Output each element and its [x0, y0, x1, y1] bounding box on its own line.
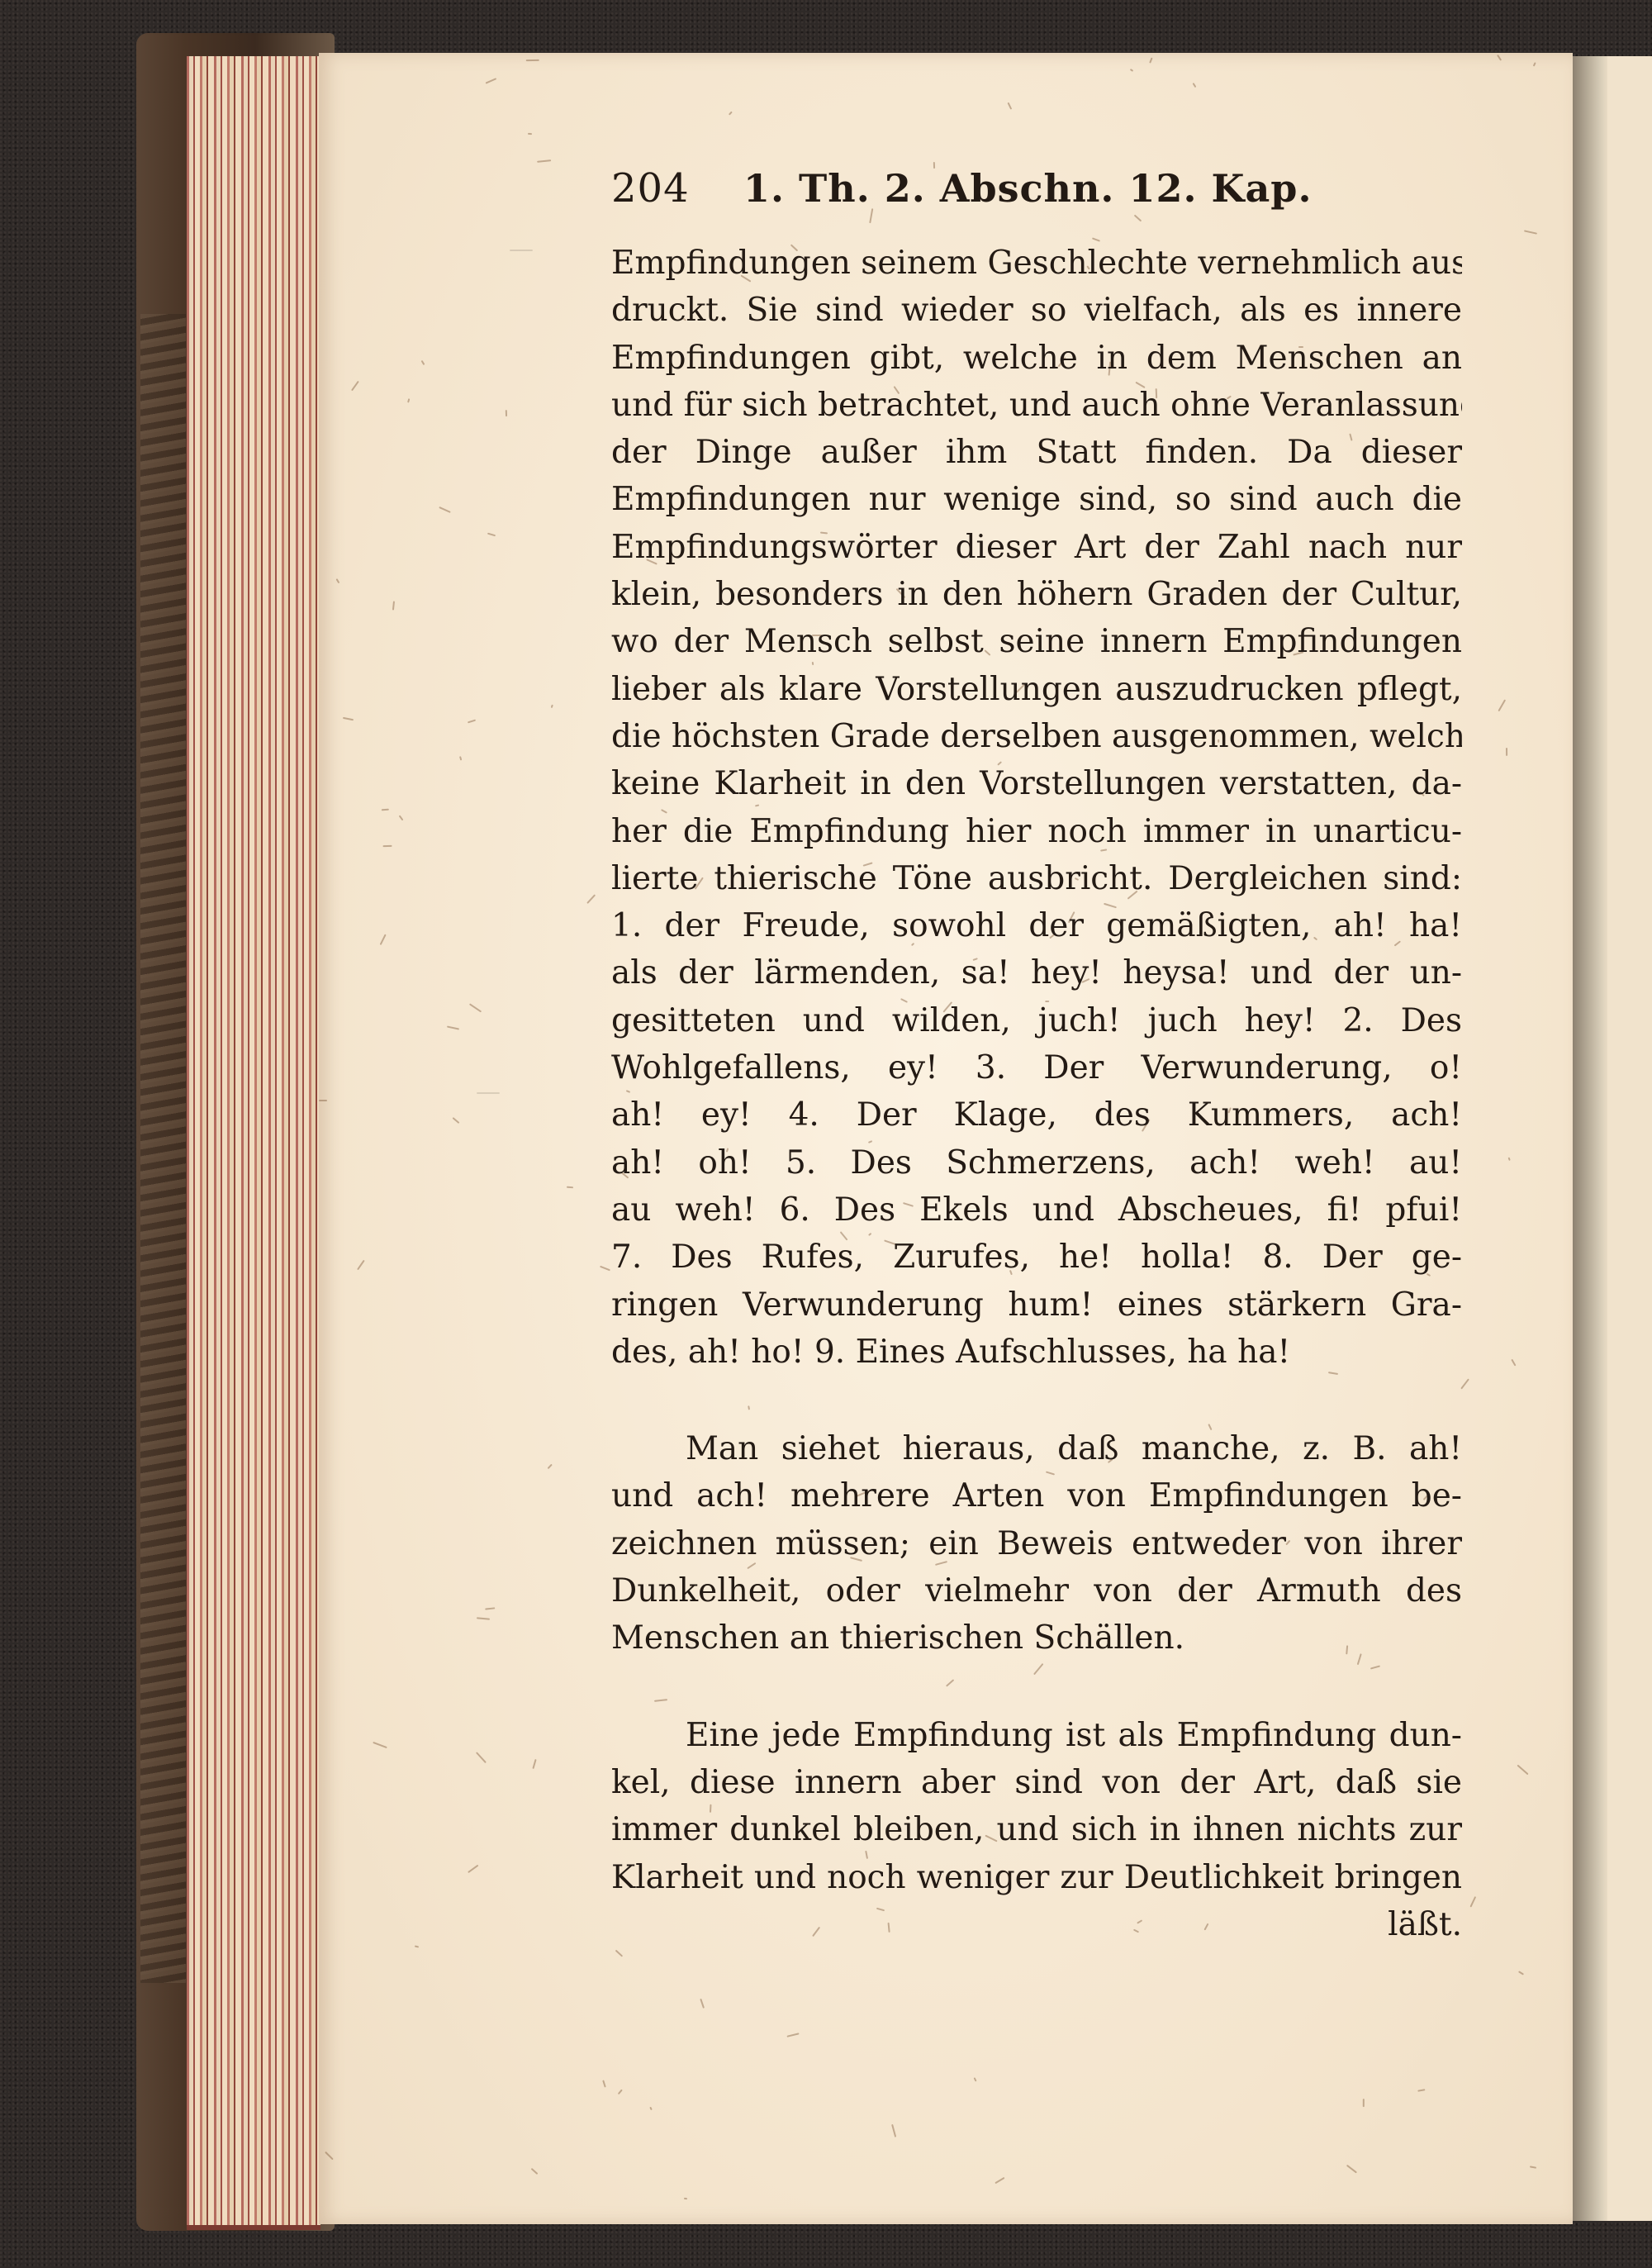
paper-fiber [1363, 2099, 1365, 2107]
paper-fiber [600, 1266, 610, 1271]
text-line: wo der Mensch selbst seine innern Empfin… [611, 618, 1462, 665]
paper-fiber [550, 705, 553, 709]
paper-fiber [1470, 1896, 1477, 1908]
paper-fiber [617, 2089, 622, 2094]
paper-fiber [439, 506, 451, 513]
paper-fiber [382, 808, 389, 811]
text-line: Klarheit und noch weniger zur Deutlichke… [611, 1854, 1462, 1901]
text-line: zeichnen müssen; ein Beweis entweder von… [611, 1520, 1462, 1567]
page-edges-stack [187, 56, 320, 2230]
text-line: au weh! 6. Des Ekels und Abscheues, fi! … [611, 1186, 1462, 1234]
paper-fiber [586, 895, 596, 904]
paper-fiber [532, 1758, 536, 1768]
paragraph-gap [611, 1662, 1462, 1712]
paper-fiber [485, 78, 496, 84]
paper-fiber [787, 2033, 800, 2037]
text-line: die höchsten Grade derselben ausgenommen… [611, 713, 1462, 760]
text-line: Empfindungen gibt, welche in dem Mensche… [611, 335, 1462, 382]
paper-fiber [1532, 63, 1536, 68]
paper-fiber [1192, 83, 1196, 88]
paper-fiber [1506, 748, 1507, 756]
text-line: läßt. [611, 1901, 1462, 1948]
page-number: 204 [611, 165, 743, 212]
running-header: 204 1. Th. 2. Abschn. 12. Kap. [611, 165, 1462, 240]
paper-fiber [351, 380, 359, 390]
paper-fiber [995, 2177, 1004, 2184]
paper-fiber [415, 1945, 419, 1947]
paper-fiber [526, 59, 539, 61]
paper-fiber [602, 2080, 606, 2087]
paper-fiber [477, 1617, 490, 1619]
text-line: Empfindungen nur wenige sind, so sind au… [611, 476, 1462, 523]
paper-fiber [700, 1999, 705, 2009]
paper-fiber [530, 2167, 538, 2174]
paper-fiber [1498, 700, 1506, 712]
paragraph-3: Eine jede Empfindung ist als Empfindung … [611, 1712, 1462, 1948]
text-line: Dunkelheit, oder vielmehr von der Armuth… [611, 1567, 1462, 1614]
paper-fiber [380, 934, 387, 944]
text-line: klein, besonders in den höhern Graden de… [611, 571, 1462, 618]
paper-fiber [336, 578, 340, 583]
running-title: 1. Th. 2. Abschn. 12. Kap. [743, 166, 1312, 211]
paper-fiber [1524, 230, 1537, 234]
paper-fiber [373, 1742, 387, 1748]
text-line: immer dunkel bleiben, und sich in ihnen … [611, 1806, 1462, 1853]
paper-fiber [459, 756, 462, 761]
show-through-text: — [476, 1077, 501, 1106]
paper-fiber [615, 1949, 623, 1957]
paper-fiber [325, 2152, 333, 2160]
text-line: ringen Verwunderung hum! eines stärkern … [611, 1281, 1462, 1329]
paragraph-2: Man siehet hieraus, daß manche, z. B. ah… [611, 1425, 1462, 1662]
paper-fiber [469, 1003, 482, 1012]
paper-fiber [1149, 57, 1152, 63]
paper-fiber [505, 410, 506, 416]
text-line: gesitteten und wilden, juch! juch hey! 2… [611, 997, 1462, 1044]
text-line: Empfindungswörter dieser Art der Zahl na… [611, 524, 1462, 571]
paper-fiber [468, 719, 476, 723]
text-line: Menschen an thierischen Schällen. [611, 1614, 1462, 1662]
paper-fiber [684, 2198, 687, 2199]
text-line: des, ah! ho! 9. Eines Aufschlusses, ha h… [611, 1329, 1462, 1376]
text-line: keine Klarheit in den Vorstellungen vers… [611, 760, 1462, 807]
text-line: druckt. Sie sind wieder so vielfach, als… [611, 287, 1462, 334]
paper-fiber [1497, 55, 1502, 61]
paper-fiber [1129, 69, 1133, 72]
paper-fiber [487, 533, 496, 537]
paper-fiber [649, 2106, 653, 2110]
text-line: als der lärmenden, sa! hey! heysa! und d… [611, 949, 1462, 996]
text-line: und ach! mehrere Arten von Empfindungen … [611, 1472, 1462, 1519]
book-gutter [1573, 56, 1607, 2221]
paper-fiber [1517, 1764, 1528, 1775]
paper-fiber [1461, 1378, 1470, 1389]
facing-page-edge [1607, 56, 1652, 2221]
paper-fiber [357, 1259, 365, 1270]
paper-fiber [567, 1186, 574, 1189]
paper-fiber [476, 1752, 487, 1764]
text-line: und für sich betrachtet, und auch ohne V… [611, 382, 1462, 429]
paper-fiber [407, 398, 410, 403]
text-line: Wohlgefallens, ey! 3. Der Verwunderung, … [611, 1044, 1462, 1091]
text-line: her die Empfindung hier noch immer in un… [611, 808, 1462, 855]
paper-fiber [1529, 2166, 1536, 2168]
paper-fiber [420, 360, 425, 365]
paper-fiber [399, 815, 404, 820]
paper-fiber [392, 601, 395, 610]
paragraph-gap [611, 1376, 1462, 1425]
paper-fiber [319, 1100, 327, 1101]
text-line: Eine jede Empfindung ist als Empfindung … [611, 1712, 1462, 1759]
paper-fiber [729, 111, 733, 115]
paper-fiber [452, 1117, 459, 1124]
text-line: lieber als klare Vorstellungen auszudruc… [611, 666, 1462, 713]
text-line: ah! oh! 5. Des Schmerzens, ach! weh! au! [611, 1139, 1462, 1186]
paragraph-1: Empfindungen seinem Geschlechte vernehml… [611, 240, 1462, 1376]
paper-fiber [1518, 1971, 1524, 1975]
paper-fiber [1007, 102, 1011, 109]
text-line: Empfindungen seinem Geschlechte vernehml… [611, 240, 1462, 287]
paper-fiber [383, 845, 392, 847]
paper-fiber [1417, 2089, 1426, 2092]
paper-fiber [974, 2077, 977, 2082]
show-through-text: — [509, 235, 534, 264]
paper-fiber [537, 159, 551, 163]
text-line: lierte thierische Töne ausbricht. Dergle… [611, 855, 1462, 902]
text-line: 1. der Freude, sowohl der gemäßigten, ah… [611, 902, 1462, 949]
text-line: der Dinge außer ihm Statt finden. Da die… [611, 429, 1462, 476]
paper-fiber [891, 2124, 896, 2137]
paper-fiber [1346, 2164, 1357, 2173]
paper-fiber [528, 133, 532, 135]
paper-fiber [343, 717, 354, 720]
text-line: Man siehet hieraus, daß manche, z. B. ah… [611, 1425, 1462, 1472]
text-block: 204 1. Th. 2. Abschn. 12. Kap. Empfindun… [611, 165, 1462, 1948]
paper-fiber [1508, 1157, 1511, 1161]
text-line: kel, diese innern aber sind von der Art,… [611, 1759, 1462, 1806]
paper-fiber [547, 1463, 552, 1469]
paper-fiber [485, 1608, 495, 1610]
text-line: ah! ey! 4. Der Klage, des Kummers, ach! [611, 1091, 1462, 1139]
text-line: 7. Des Rufes, Zurufes, he! holla! 8. Der… [611, 1234, 1462, 1281]
marbled-cover-edge [140, 314, 186, 1983]
paper-fiber [468, 1865, 479, 1874]
paper-fiber [1512, 1359, 1517, 1367]
paper-fiber [447, 1025, 459, 1029]
